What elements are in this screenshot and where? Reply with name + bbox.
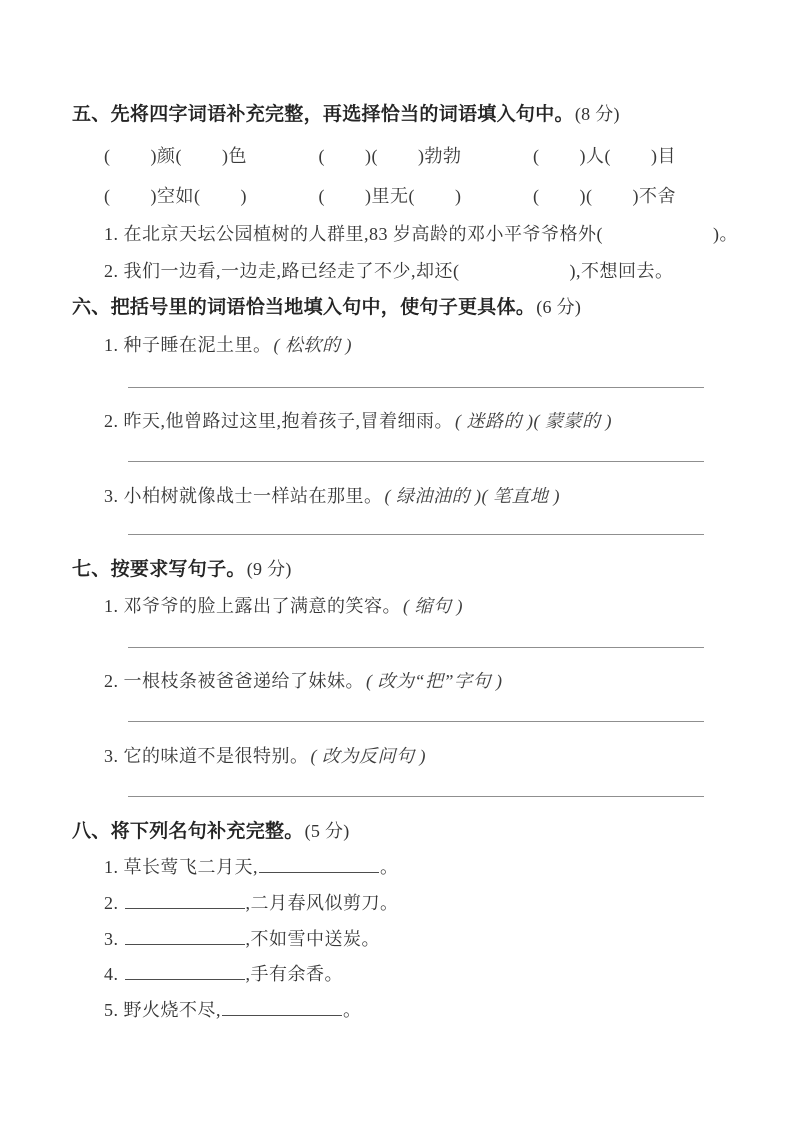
section-8-header: 八、将下列名句补充完整。(5 分) (72, 819, 350, 844)
question-item: 5. 野火烧不尽,。 (104, 997, 362, 1022)
question-item: 2. 一根枝条被爸爸递给了妹妹。( 改为“把”字句 ) (104, 669, 503, 693)
answer-line (128, 534, 704, 535)
question-hint: ( 缩句 ) (403, 596, 463, 616)
question-item: 1. 种子睡在泥土里。( 松软的 ) (104, 333, 352, 357)
section-8-points: (5 分) (305, 821, 350, 841)
section-6-header: 六、把括号里的词语恰当地填入句中，使句子更具体。(6 分) (72, 295, 581, 320)
question-hint: ( 改为“把”字句 ) (366, 671, 503, 691)
question-item: 2. ,二月春风似剪刀。 (104, 890, 399, 915)
idiom-blank: ( )( )不舍 (533, 184, 676, 208)
question-hint: ( 松软的 ) (274, 335, 353, 355)
answer-blank (125, 961, 245, 980)
section-5-title: 五、先将四字词语补充完整，再选择恰当的词语填入句中。 (72, 104, 574, 125)
question-hint: ( 改为反问句 ) (311, 746, 427, 766)
question-hint: ( 绿油油的 )( 笔直地 ) (385, 486, 560, 506)
question-item: 2. 昨天,他曾路过这里,抱着孩子,冒着细雨。( 迷路的 )( 蒙蒙的 ) (104, 409, 612, 433)
idiom-blank: ( )空如( ) (104, 184, 247, 208)
answer-line (128, 461, 704, 462)
question-item: 3. 小柏树就像战士一样站在那里。( 绿油油的 )( 笔直地 ) (104, 484, 560, 508)
question-item: 1. 邓爷爷的脸上露出了满意的笑容。( 缩句 ) (104, 594, 463, 618)
section-6-title: 六、把括号里的词语恰当地填入句中，使句子更具体。 (72, 297, 535, 318)
section-7-points: (9 分) (247, 559, 292, 579)
answer-blank (125, 926, 245, 945)
question-item: 1. 草长莺飞二月天,。 (104, 854, 399, 879)
idiom-blank-row-1: ( )颜( )色 ( )( )勃勃 ( )人( )目 (104, 144, 676, 168)
answer-line (128, 796, 704, 797)
idiom-blank: ( )人( )目 (533, 144, 676, 168)
section-7-header: 七、按要求写句子。(9 分) (72, 557, 292, 582)
idiom-blank: ( )( )勃勃 (319, 144, 462, 168)
section-6-points: (6 分) (536, 297, 581, 317)
worksheet-page: 五、先将四字词语补充完整，再选择恰当的词语填入句中。(8 分) ( )颜( )色… (0, 0, 793, 1122)
idiom-blank: ( )里无( ) (319, 184, 462, 208)
idiom-blank-row-2: ( )空如( ) ( )里无( ) ( )( )不舍 (104, 184, 676, 208)
answer-line (128, 721, 704, 722)
question-item: 3. 它的味道不是很特别。( 改为反问句 ) (104, 744, 426, 768)
question-item: 3. ,不如雪中送炭。 (104, 926, 380, 951)
section-5-points: (8 分) (575, 104, 620, 124)
answer-blank (125, 890, 245, 909)
answer-line (128, 647, 704, 648)
question-hint: ( 迷路的 )( 蒙蒙的 ) (455, 411, 612, 431)
section-8-title: 八、将下列名句补充完整。 (72, 821, 304, 842)
answer-line (128, 387, 704, 388)
question-item: 2. 我们一边看,一边走,路已经走了不少,却还( ),不想回去。 (104, 259, 674, 283)
answer-blank (222, 997, 342, 1016)
answer-blank (259, 854, 379, 873)
question-item: 1. 在北京天坛公园植树的人群里,83 岁高龄的邓小平爷爷格外( )。 (104, 222, 738, 246)
idiom-blank: ( )颜( )色 (104, 144, 247, 168)
question-item: 4. ,手有余香。 (104, 961, 343, 986)
section-5-header: 五、先将四字词语补充完整，再选择恰当的词语填入句中。(8 分) (72, 102, 620, 127)
section-7-title: 七、按要求写句子。 (72, 559, 246, 580)
